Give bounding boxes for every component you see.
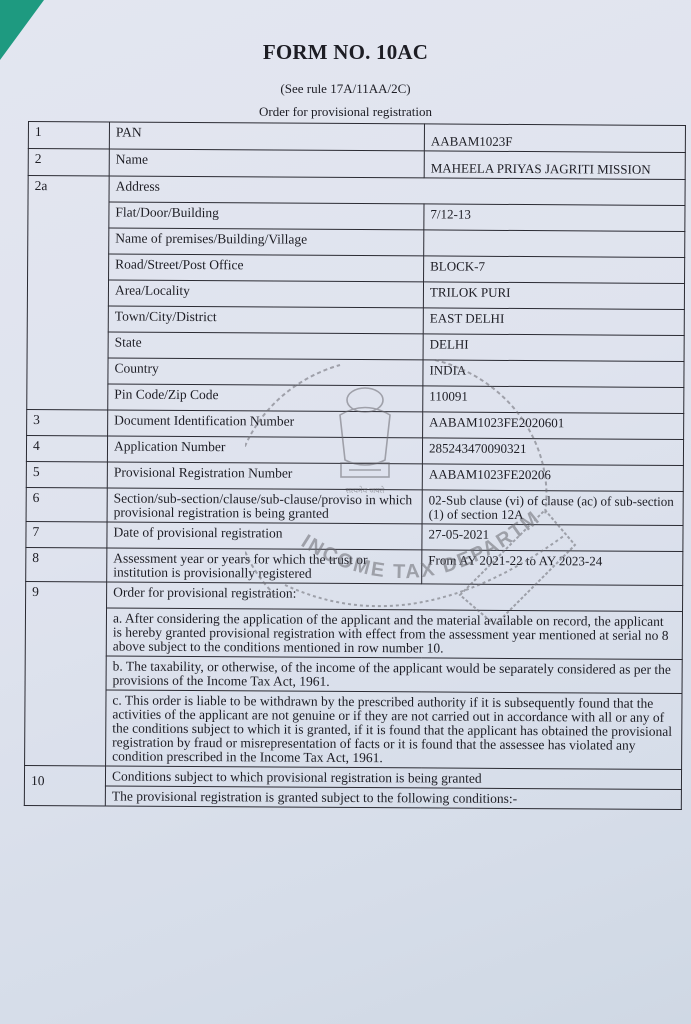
row-label: Order for provisional registration: xyxy=(107,582,683,612)
table-row-date: 7 Date of provisional registration 27-05… xyxy=(26,521,683,551)
row-number: 8 xyxy=(26,547,107,581)
address-field-value: 7/12-13 xyxy=(424,204,685,232)
order-paragraph-row: b. The taxability, or otherwise, of the … xyxy=(25,655,682,693)
address-field-row: Town/City/District EAST DELHI xyxy=(27,305,684,335)
row-number: 9 xyxy=(25,581,107,765)
order-paragraph-row: c. This order is liable to be withdrawn … xyxy=(25,689,682,769)
row-number: 4 xyxy=(26,435,107,461)
address-field-label: Country xyxy=(108,358,423,386)
address-field-value xyxy=(424,230,685,258)
order-paragraph-b: b. The taxability, or otherwise, of the … xyxy=(106,656,682,694)
table-row-name: 2 Name MAHEELA PRIYAS JAGRITI MISSION xyxy=(28,149,685,180)
table-row-order: 9 Order for provisional registration: xyxy=(26,581,683,611)
row-label: PAN xyxy=(109,122,424,151)
row-number: 10 xyxy=(24,765,105,805)
address-field-row: Country INDIA xyxy=(27,357,684,387)
table-row-pan: 1 PAN AABAM1023F xyxy=(28,122,685,153)
table-row-section: 6 Section/sub-section/clause/sub-clause/… xyxy=(26,487,683,525)
address-field-row: Pin Code/Zip Code 110091 xyxy=(27,383,684,413)
registration-table: 1 PAN AABAM1023F 2 Name MAHEELA PRIYAS J… xyxy=(24,121,686,810)
form-subtitle: Order for provisional registration xyxy=(0,104,691,120)
date-value: 27-05-2021 xyxy=(422,524,683,552)
row-number: 2 xyxy=(28,149,109,176)
conditions-intro: The provisional registration is granted … xyxy=(105,786,681,810)
address-field-label: Road/Street/Post Office xyxy=(109,254,424,282)
address-field-row: Flat/Door/Building 7/12-13 xyxy=(28,202,685,232)
name-value: MAHEELA PRIYAS JAGRITI MISSION xyxy=(424,151,685,180)
address-field-value: EAST DELHI xyxy=(423,308,684,336)
row-number: 1 xyxy=(28,122,109,149)
row-label: Section/sub-section/clause/sub-clause/pr… xyxy=(107,488,422,524)
address-field-row: Name of premises/Building/Village xyxy=(28,228,685,258)
table-row-address: 2a Address xyxy=(28,176,685,206)
address-field-label: State xyxy=(108,332,423,360)
row-label: Assessment year or years for which the t… xyxy=(107,548,422,584)
row-label: Document Identification Number xyxy=(108,410,423,438)
address-field-value: DELHI xyxy=(423,334,684,362)
order-paragraph-a: a. After considering the application of … xyxy=(106,608,682,660)
address-field-label: Area/Locality xyxy=(108,280,423,308)
form-title: FORM NO. 10AC xyxy=(0,40,691,65)
row-label: Date of provisional registration xyxy=(107,522,422,550)
table-row-din: 3 Document Identification Number AABAM10… xyxy=(27,409,684,439)
address-field-value: 110091 xyxy=(423,386,684,414)
row-number: 7 xyxy=(26,521,107,547)
row-number: 3 xyxy=(27,409,108,435)
table-row-prn: 5 Provisional Registration Number AABAM1… xyxy=(26,461,683,491)
address-field-label: Flat/Door/Building xyxy=(109,202,424,230)
pan-value: AABAM1023F xyxy=(424,124,685,153)
section-value: 02-Sub clause (vi) of clause (ac) of sub… xyxy=(422,490,683,526)
address-field-value: BLOCK-7 xyxy=(424,256,685,284)
application-value: 285243470090321 xyxy=(422,438,683,466)
conditions-intro-row: The provisional registration is granted … xyxy=(24,785,681,809)
address-field-row: Road/Street/Post Office BLOCK-7 xyxy=(28,254,685,284)
form-page: FORM NO. 10AC (See rule 17A/11AA/2C) Ord… xyxy=(0,0,691,1024)
row-label: Address xyxy=(109,176,685,206)
address-field-row: State DELHI xyxy=(27,331,684,361)
rule-reference: (See rule 17A/11AA/2C) xyxy=(0,81,691,97)
row-label: Application Number xyxy=(107,436,422,464)
assessment-year-value: From AY 2021-22 to AY 2023-24 xyxy=(422,550,683,586)
row-number: 6 xyxy=(26,487,107,521)
table-row-application: 4 Application Number 285243470090321 xyxy=(26,435,683,465)
row-number: 5 xyxy=(26,461,107,487)
prn-value: AABAM1023FE20206 xyxy=(422,464,683,492)
address-field-label: Name of premises/Building/Village xyxy=(109,228,424,256)
address-field-value: INDIA xyxy=(423,360,684,388)
address-field-label: Town/City/District xyxy=(108,306,423,334)
row-label: Provisional Registration Number xyxy=(107,462,422,490)
din-value: AABAM1023FE2020601 xyxy=(423,412,684,440)
table-row-assessment-year: 8 Assessment year or years for which the… xyxy=(26,547,683,585)
order-paragraph-c: c. This order is liable to be withdrawn … xyxy=(106,690,682,770)
address-field-label: Pin Code/Zip Code xyxy=(108,384,423,412)
row-number: 2a xyxy=(27,176,109,410)
address-field-value: TRILOK PURI xyxy=(423,282,684,310)
address-field-row: Area/Locality TRILOK PURI xyxy=(27,280,684,310)
row-label: Name xyxy=(109,149,424,178)
order-paragraph-row: a. After considering the application of … xyxy=(25,607,682,659)
